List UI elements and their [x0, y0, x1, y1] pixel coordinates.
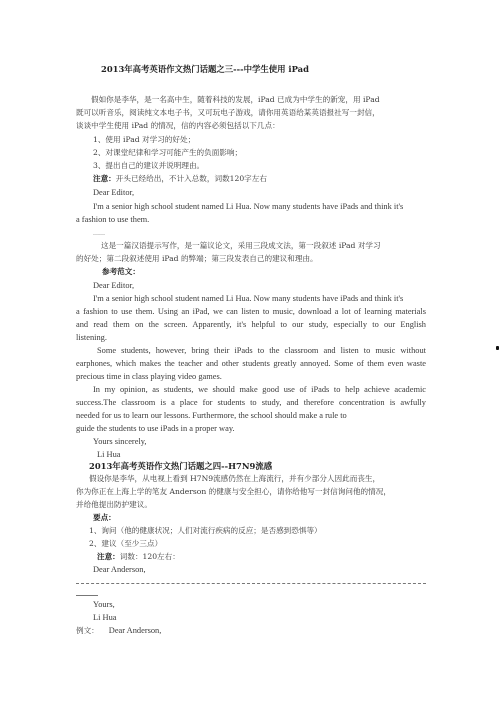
document-page: 2013年高考英语作文热门话题之三---中学生使用 iPad 假如你是李华，是一…	[0, 0, 500, 707]
section1-prompt-line: 谈谈中学生使用 iPad 的情况，信的内容必须包括以下几点：	[76, 121, 280, 131]
sample-signature: Li Hua	[97, 450, 121, 460]
margin-mark	[496, 346, 499, 350]
example-label: 例文：	[76, 626, 99, 635]
sample-essay-label: 参考范文：	[102, 267, 140, 277]
sample-para2-line: Some students, however, bring their iPad…	[97, 346, 426, 356]
example-salutation: Dear Anderson,	[109, 626, 162, 635]
note-text: 开头已经给出，不计入总数，词数120字左右	[116, 174, 267, 183]
note-label: 注意：	[93, 174, 116, 183]
sample-para1-line: and read them on the screen. Apparently,…	[76, 320, 426, 330]
section2-closing: Yours,	[93, 600, 115, 610]
section2-point: 1、询问（他的健康状况；人们对流行疾病的反应；是否感到恐惧等）	[89, 526, 322, 536]
section1-opening-line: I'm a senior high school student named L…	[93, 202, 403, 212]
sample-para2-line: earphones, which makes the teacher and o…	[76, 359, 426, 369]
section1-title: 2013年高考英语作文热门话题之三---中学生使用 iPad	[101, 64, 309, 74]
section2-prompt-line: 假设你是李华，从电视上看到 H7N9流感仍然在上海流行，并有少部分人因此而丧生，	[89, 474, 380, 484]
sample-para2-line: precious time in class playing video gam…	[76, 372, 222, 382]
section1-analysis-line: 这是一篇汉语提示写作，是一篇议论文，采用三段成文法，第一段叙述 iPad 对学习	[101, 241, 381, 251]
sample-para1-line: listening.	[76, 333, 107, 343]
sample-salutation: Dear Editor,	[93, 281, 134, 291]
section2-prompt-line: 并给他提出防护建议。	[76, 500, 152, 510]
sample-para3-line: In my opinion, as students, we should ma…	[93, 385, 426, 395]
section2-note: 注意：词数：120左右：	[97, 552, 180, 562]
sample-para3-line: success.The classroom is a place for stu…	[76, 398, 426, 408]
key-points-label: 要点：	[93, 513, 116, 523]
section1-point: 2、对课堂纪律和学习可能产生的负面影响；	[93, 148, 242, 158]
section2-point: 2、建议（至少三点）	[89, 539, 162, 549]
section1-point: 3、提出自己的建议并说明理由。	[93, 161, 204, 171]
example-line: 例文：Dear Anderson,	[76, 626, 161, 636]
section1-analysis-line: 的好处；第二段叙述使用 iPad 的弊端；第三段发表自己的建议和理由。	[76, 254, 318, 264]
section1-prompt-line: 假如你是李华，是一名高中生，随着科技的发展，iPad 已成为中学生的新宠，用 i…	[91, 95, 380, 105]
section2-salutation: Dear Anderson,	[93, 565, 146, 575]
sample-para1-line: I'm a senior high school student named L…	[93, 294, 403, 304]
section2-signature: Li Hua	[93, 613, 117, 623]
section1-opening-line: a fashion to use them.	[76, 215, 149, 225]
sample-closing: Yours sincerely,	[93, 437, 147, 447]
sample-para3-line: needed for us to learn our lessons. Furt…	[76, 411, 347, 421]
ellipsis: ……	[93, 229, 105, 239]
sample-para3-line: guide the students to use iPads in a pro…	[76, 424, 235, 434]
blank-writing-line	[76, 583, 426, 584]
note-label: 注意：	[97, 552, 120, 561]
section1-salutation: Dear Editor,	[93, 188, 134, 198]
section2-prompt-line: 你为你正在上海上学的笔友 Anderson 的健康与安全担心，请你给他写一封信询…	[76, 487, 391, 497]
note-text: 词数：120左右：	[120, 552, 180, 561]
section1-note: 注意：开头已经给出，不计入总数，词数120字左右	[93, 174, 267, 184]
blank-writing-line-end	[76, 595, 98, 596]
section2-title: 2013年高考英语作文热门话题之四--H7N9流感	[89, 461, 272, 471]
sample-para1-line: a fashion to use them. Using an iPad, we…	[76, 307, 426, 317]
section1-prompt-line: 既可以听音乐，阅读纯文本电子书，又可玩电子游戏，请你用英语给某英语报社写一封信，	[76, 108, 380, 118]
section1-point: 1、使用 iPad 对学习的好处；	[93, 135, 195, 145]
